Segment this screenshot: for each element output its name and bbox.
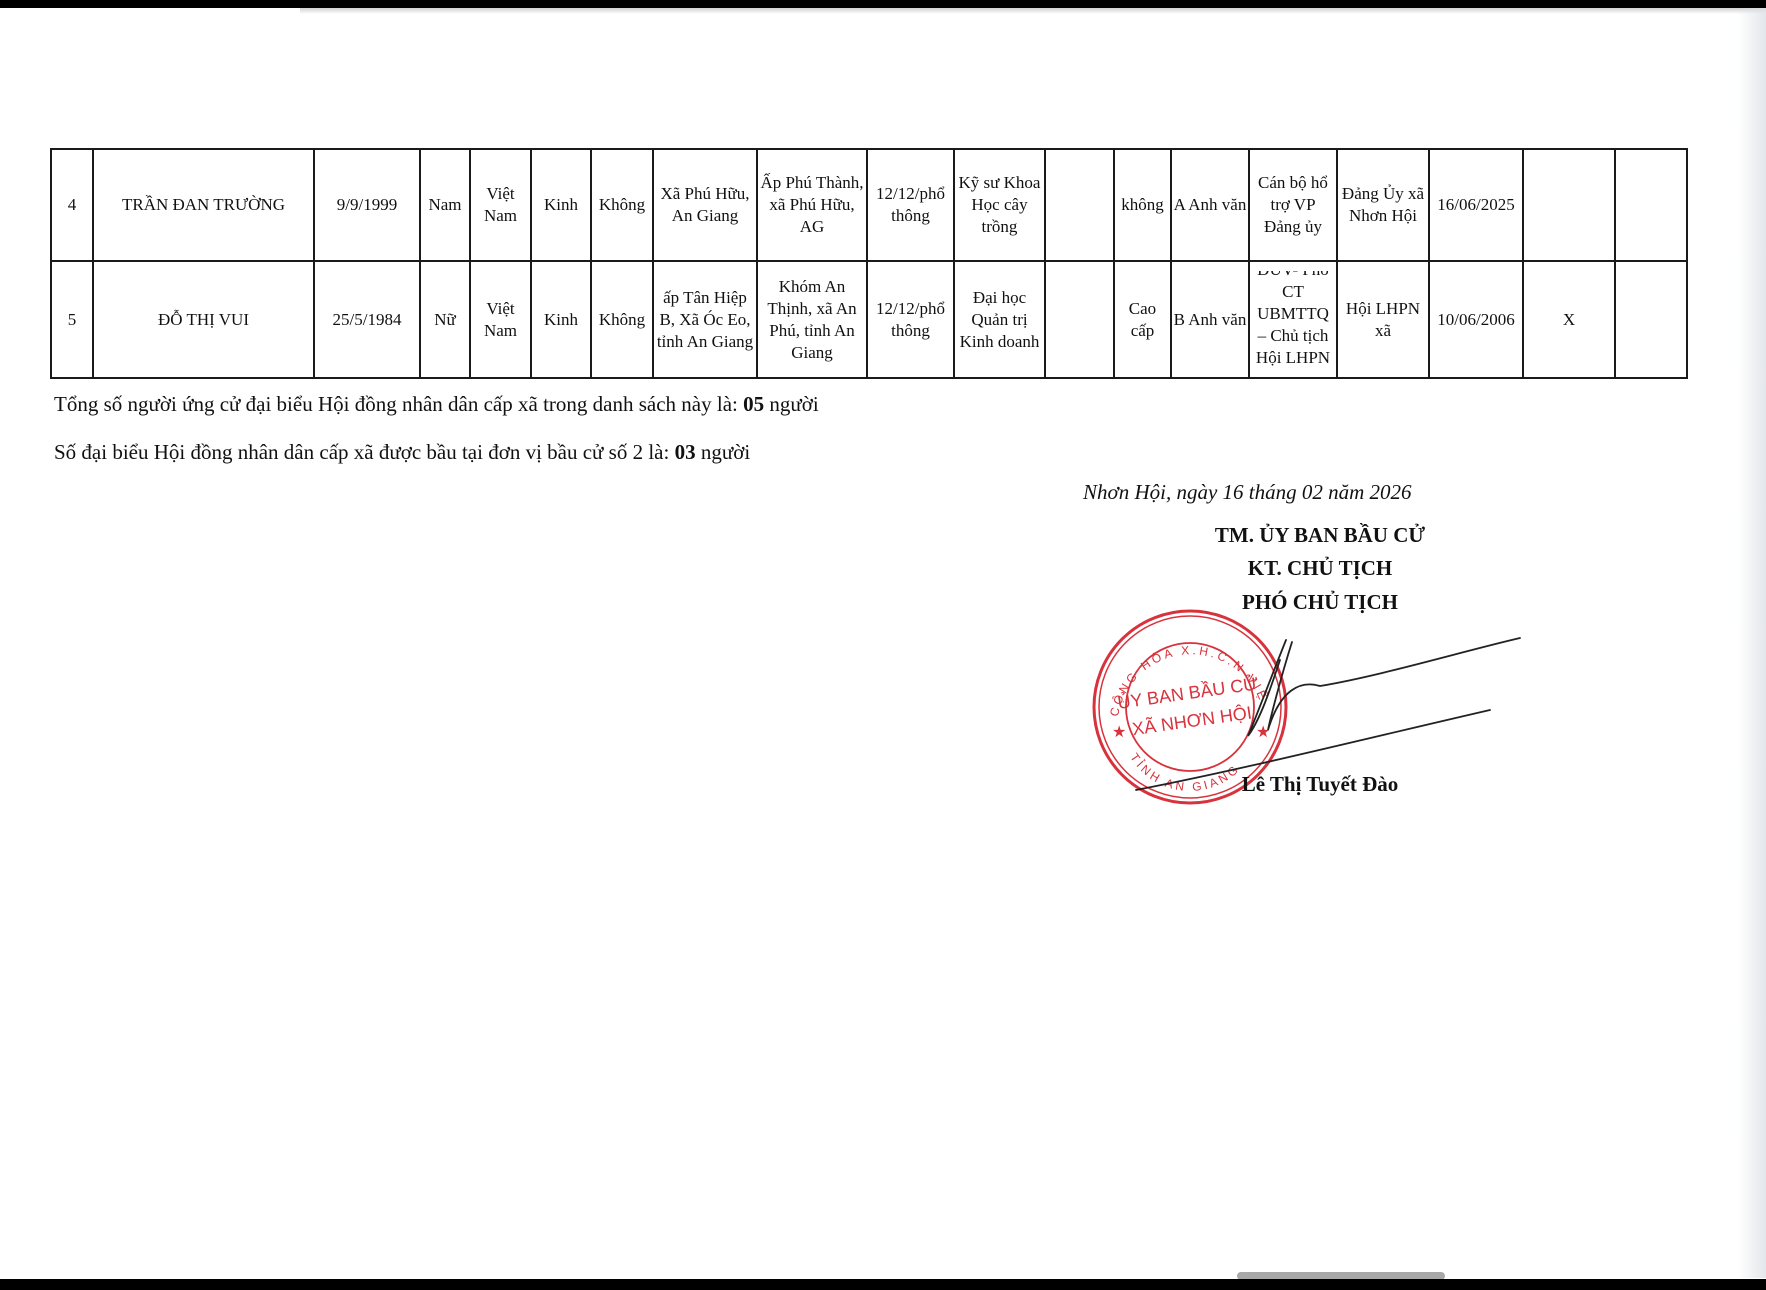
- elected-delegates-unit: người: [696, 440, 751, 464]
- scan-shadow: [300, 8, 1766, 14]
- total-candidates-unit: người: [764, 392, 819, 416]
- cell-political-theory: không: [1114, 149, 1171, 261]
- cell-general-education: 12/12/phổ thông: [867, 149, 954, 261]
- on-behalf-title: TM. ỦY BAN BẦU CỬ: [1140, 523, 1500, 548]
- cell-stt: 5: [51, 261, 93, 378]
- cell-professional: Kỹ sư Khoa Học cây trồng: [954, 149, 1045, 261]
- cell-npc-delegate: [1523, 149, 1615, 261]
- cell-academic-title: [1045, 261, 1114, 378]
- cell-nationality: Việt Nam: [470, 149, 531, 261]
- cell-nationality: Việt Nam: [470, 261, 531, 378]
- table-row: 5 ĐỖ THỊ VUI 25/5/1984 Nữ Việt Nam Kinh …: [51, 261, 1687, 378]
- cell-council-delegate: [1615, 149, 1687, 261]
- place-date: Nhơn Hội, ngày 16 tháng 02 năm 2026: [1083, 480, 1463, 505]
- cell-workplace: Hội LHPN xã: [1337, 261, 1429, 378]
- cell-residence: Ấp Phú Thành, xã Phú Hữu, AG: [757, 149, 867, 261]
- cell-gender: Nam: [420, 149, 470, 261]
- cell-religion: Không: [591, 261, 653, 378]
- cell-professional: Đại học Quản trị Kinh doanh: [954, 261, 1045, 378]
- cell-religion: Không: [591, 149, 653, 261]
- cell-name: ĐỖ THỊ VUI: [93, 261, 314, 378]
- for-chair-title: KT. CHỦ TỊCH: [1140, 556, 1500, 581]
- cell-party-join-date: 10/06/2006: [1429, 261, 1523, 378]
- cell-position: Cán bộ hổ trợ VP Đảng ủy: [1249, 149, 1337, 261]
- cell-foreign-language: B Anh văn: [1171, 261, 1249, 378]
- cell-political-theory: Cao cấp: [1114, 261, 1171, 378]
- signer-name: Lê Thị Tuyết Đào: [1190, 772, 1450, 797]
- cell-academic-title: [1045, 149, 1114, 261]
- cell-party-join-date: 16/06/2025: [1429, 149, 1523, 261]
- elected-delegates-count: 03: [675, 440, 696, 464]
- page-edge-shadow: [1738, 8, 1766, 1278]
- cell-workplace: Đảng Ủy xã Nhơn Hội: [1337, 149, 1429, 261]
- total-candidates-label: Tổng số người ứng cử đại biểu Hội đồng n…: [54, 392, 743, 416]
- cell-position: ĐUV- Phó CT UBMTTQ – Chủ tịch Hội LHPN: [1249, 261, 1337, 378]
- top-black-bar: [0, 0, 1766, 8]
- cell-general-education: 12/12/phổ thông: [867, 261, 954, 378]
- elected-delegates-label: Số đại biểu Hội đồng nhân dân cấp xã đượ…: [54, 440, 675, 464]
- position-text: ĐUV- Phó CT UBMTTQ – Chủ tịch Hội LHPN: [1251, 271, 1335, 369]
- elected-delegates-line: Số đại biểu Hội đồng nhân dân cấp xã đượ…: [54, 440, 750, 465]
- cell-council-delegate: [1615, 261, 1687, 378]
- cell-gender: Nữ: [420, 261, 470, 378]
- bottom-black-bar: [0, 1279, 1766, 1290]
- cell-dob: 9/9/1999: [314, 149, 420, 261]
- cell-ethnicity: Kinh: [531, 149, 591, 261]
- cell-hometown: ấp Tân Hiệp B, Xã Óc Eo, tỉnh An Giang: [653, 261, 757, 378]
- candidate-table: 4 TRẦN ĐAN TRƯỜNG 9/9/1999 Nam Việt Nam …: [50, 148, 1688, 379]
- cell-ethnicity: Kinh: [531, 261, 591, 378]
- cell-name: TRẦN ĐAN TRƯỜNG: [93, 149, 314, 261]
- cell-npc-delegate: X: [1523, 261, 1615, 378]
- cell-hometown: Xã Phú Hữu, An Giang: [653, 149, 757, 261]
- table-row: 4 TRẦN ĐAN TRƯỜNG 9/9/1999 Nam Việt Nam …: [51, 149, 1687, 261]
- total-candidates-line: Tổng số người ứng cử đại biểu Hội đồng n…: [54, 392, 819, 417]
- cell-stt: 4: [51, 149, 93, 261]
- cell-dob: 25/5/1984: [314, 261, 420, 378]
- total-candidates-count: 05: [743, 392, 764, 416]
- cell-foreign-language: A Anh văn: [1171, 149, 1249, 261]
- cell-residence: Khóm An Thịnh, xã An Phú, tỉnh An Giang: [757, 261, 867, 378]
